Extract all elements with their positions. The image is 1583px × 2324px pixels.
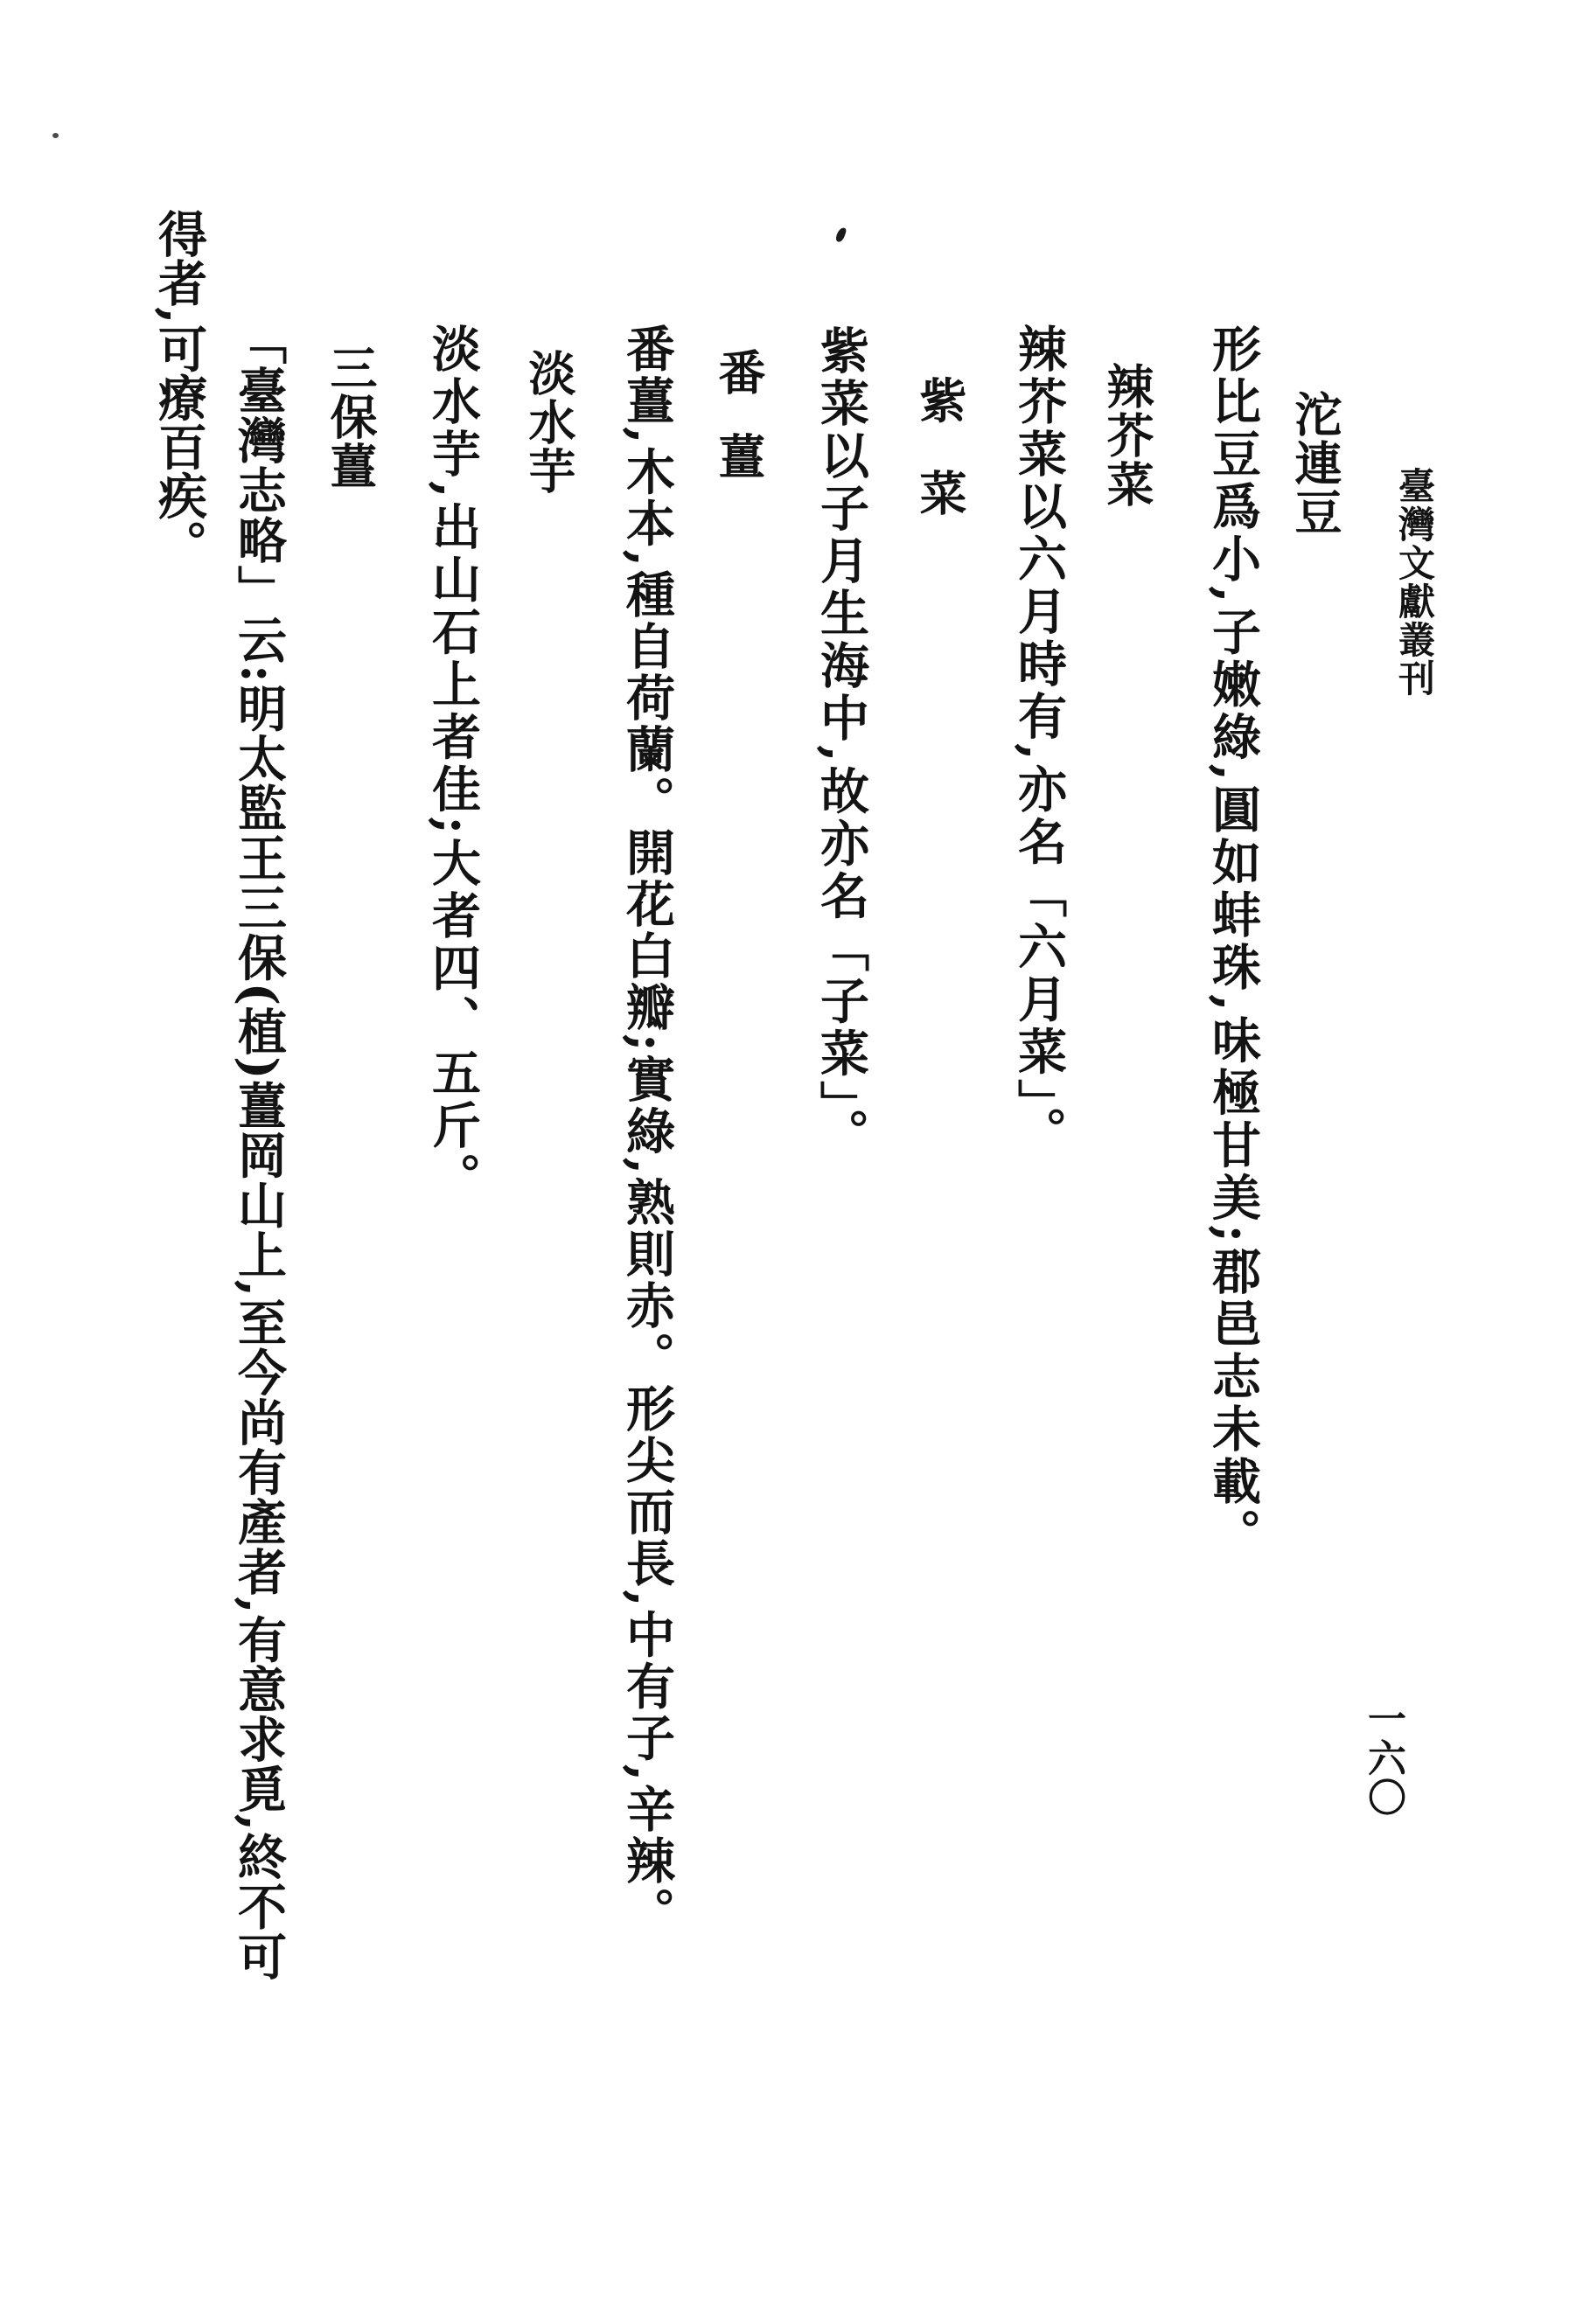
entry-1-body: 形比豆爲小,子嫩綠,圓如蚌珠,味極甘美;郡邑志未載。 [1209,324,1258,1561]
entry-4-body: 番薑,木本,種自荷蘭。開花白瓣;實綠,熟則赤。形尖而長,中有子,辛辣。 [623,324,672,1938]
folio-number: 一六〇 [1363,1699,1402,1817]
entry-3-heading: 紫菜 [917,376,964,561]
entry-6-body-line-1: 「臺灣志略」云:明太監王三保(植)薑岡山上,至今尚有產者,有意求覓,終不可 [234,316,283,1981]
entry-6-heading: 三保薑 [327,344,374,491]
scan-speck [835,226,847,243]
entry-5-body: 淡水芋,出山石上者佳;大者四、五斤。 [429,324,478,1205]
scanned-book-page: 臺灣文獻叢刊 一六〇 沱連豆 形比豆爲小,子嫩綠,圓如蚌珠,味極甘美;郡邑志未載… [0,0,1583,2324]
entry-3-body: 紫菜以子月生海中,故亦名「子菜」。 [817,325,866,1161]
entry-2-body: 辣芥菜以六月時有,亦名「六月菜」。 [1015,324,1063,1159]
entry-6-body-line-2: 得者,可療百疾。 [155,209,204,569]
entry-2-heading: 辣芥菜 [1104,362,1151,509]
entry-4-heading: 番薑 [715,348,763,516]
entry-5-heading: 淡水芋 [526,349,573,496]
scan-speck [52,133,59,138]
entry-1-heading: 沱連豆 [1292,390,1339,537]
series-header: 臺灣文獻叢刊 [1396,467,1433,698]
